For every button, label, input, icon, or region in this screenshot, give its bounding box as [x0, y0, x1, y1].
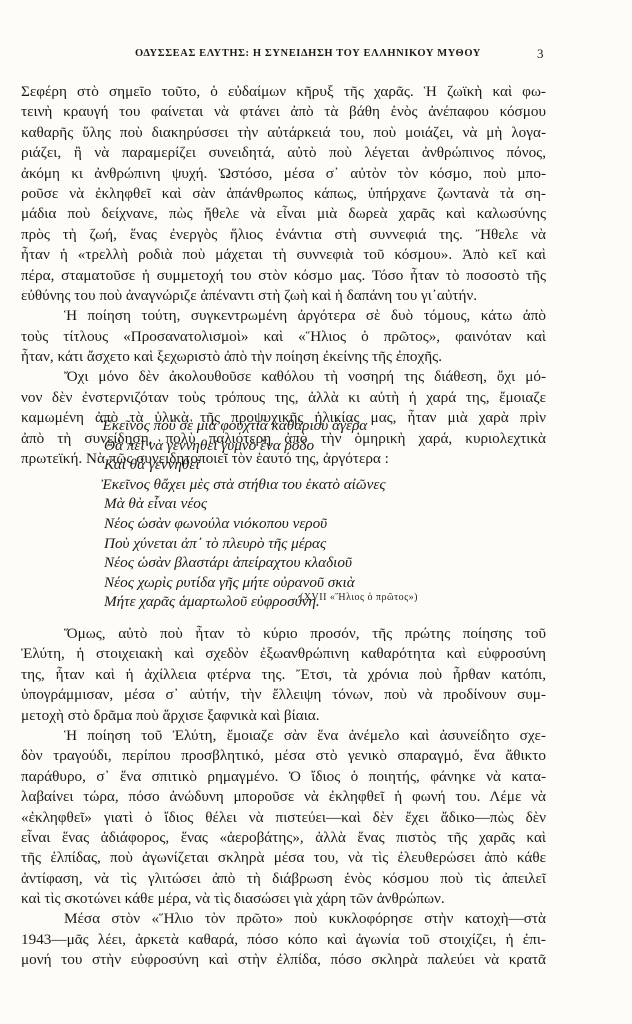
body-text-before-poem: Σεφέρη στὸ σημεῖο τοῦτο, ὁ εὐδαίμων κῆρυ… [21, 82, 546, 469]
poem-line: Ποὺ χύνεται ἀπ᾽ τὸ πλευρὸ τῆς μέρας [104, 534, 386, 554]
text-line: εὐθύνης του ποὺ ἀναγνώριζε ἀπέναντι στὴ … [21, 286, 546, 306]
poem-line: Ἐκεῖνος θἄχει μὲς στὰ στήθια του ἑκατὸ α… [101, 475, 386, 495]
text-line: μετοχὴ στὸ δρᾶμα ποὺ ἄρχισε ξαφνικὰ καὶ … [21, 706, 546, 726]
text-line: παράθυρο, σ᾽ ἕνα σπιτικὸ ρημαγμένο. Ὁ ἴδ… [21, 767, 546, 787]
text-line: τοὺς τίτλους «Προσανατολισμοὶ» καὶ «Ἥλιο… [21, 327, 546, 347]
poem-line: Μὰ θὰ εἶναι νέος [104, 494, 386, 514]
text-line: λαβαίνει τώρα, πόσο ἀνώδυνη μποροῦσε νὰ … [21, 787, 546, 807]
text-line: ἀκόμη κι ἀνθρώπινη ψυχή. Ὡστόσο, μέσα σ᾽… [21, 164, 546, 184]
text-line: καὶ τὶς σκοτώνει κάθε μέρα, νὰ τὶς διασώ… [21, 889, 546, 909]
text-line: Σεφέρη στὸ σημεῖο τοῦτο, ὁ εὐδαίμων κῆρυ… [21, 82, 546, 102]
text-line: μονή του στὴν εὐφροσύνη καὶ στὴν ἐλπίδα,… [21, 950, 546, 970]
text-line: νον δὲν ἐνστερνιζόταν τοὺς τρόπους της, … [21, 388, 546, 408]
book-page: ΟΔΥΣΣΕΑΣ ΕΛΥΤΗΣ: Η ΣΥΝΕΙΔΗΣΗ ΤΟΥ ΕΛΛΗΝΙΚ… [0, 0, 632, 1024]
text-line: Ὄχι μόνο δὲν ἀκολουθοῦσε καθόλου τὴ νοση… [21, 367, 546, 387]
text-line: της, ἦταν καὶ ἡ ἀχίλλεια φτέρνα της. Ἔτσ… [21, 665, 546, 685]
poem-line: Καὶ θὰ γεννηθεῖ [104, 455, 386, 475]
running-head: ΟΔΥΣΣΕΑΣ ΕΛΥΤΗΣ: Η ΣΥΝΕΙΔΗΣΗ ΤΟΥ ΕΛΛΗΝΙΚ… [58, 48, 558, 59]
poem-quotation: Ἐκεῖνος ποὺ σὲ μιὰ φουχτιὰ καθάριου ἀγέρ… [104, 416, 386, 612]
text-line: «ἐκληφθεῖ» γιατὶ ὁ ἴδιος θέλει νὰ πιστεύ… [21, 808, 546, 828]
text-line: 1943—μᾶς λέει, ἀρκετὰ καθαρά, πόσο κόπο … [21, 930, 546, 950]
text-line: Μέσα στὸν «Ἥλιο τὸν πρῶτο» ποὺ κυκλοφόρη… [21, 909, 546, 929]
text-line: Ὅμως, αὐτὸ ποὺ ἦταν τὸ κύριο προσόν, τῆς… [21, 624, 546, 644]
poem-line: Ἐκεῖνος ποὺ σὲ μιὰ φουχτιὰ καθάριου ἀγέρ… [101, 416, 386, 436]
text-line: Ἡ ποίηση τούτη, συγκεντρωμένη ἀργότερα σ… [21, 306, 546, 326]
text-line: ροῦσε νὰ ἐκληφθεῖ καὶ σὰν ἀπάνθρωπος κάπ… [21, 184, 546, 204]
poem-line: Νέος χωρὶς ρυτίδα γῆς μήτε οὐρανοῦ σκιὰ [104, 573, 386, 593]
text-line: εἶναι ἕνας ἀδιάφορος, ἕνας «ἀεροβάτης», … [21, 828, 546, 848]
body-text-after-poem: Ὅμως, αὐτὸ ποὺ ἦταν τὸ κύριο προσόν, τῆς… [21, 624, 546, 971]
text-line: δὸν τραγούδι, περίπου προσβλητικό, μέσα … [21, 746, 546, 766]
text-line: πέρα, σταματοῦσε ἡ συμμετοχή του στὸν κό… [21, 266, 546, 286]
text-line: Ἡ ποίηση τοῦ Ἐλύτη, ἔμοιαζε σὰν ἕνα ἀνέμ… [21, 726, 546, 746]
page-number: 3 [537, 46, 544, 62]
text-line: μάδια ποὺ δείχνανε, πὼς ἤθελε νὰ εἶναι μ… [21, 204, 546, 224]
text-line: ἀντίφαση, νὰ τὶς γλιτώσει ἀπὸ τὴ διάβρωσ… [21, 869, 546, 889]
poem-line: Νέος ὡσὰν βλαστάρι ἀπείραχτου κλαδιοῦ [104, 553, 386, 573]
text-line: τῆς ἐλπίδας, ποὺ ἀγωνίζεται σκληρὰ μέσα … [21, 848, 546, 868]
text-line: ἦταν, κάτι ἄσχετο καὶ ξεχωριστὸ ἀπὸ τὴν … [21, 347, 546, 367]
text-line: ριάζει, ἢ νὰ παραμερίζει συνειδητά, αὐτὸ… [21, 143, 546, 163]
text-line: ὑπογράμμισαν, μέσα σ᾽ αὐτήν, τὴν ἔλλειψη… [21, 685, 546, 705]
text-line: καθαρῆς ὕλης ποὺ διακηρύσσει τὴν αὐτάρκε… [21, 123, 546, 143]
text-line: Ἐλύτη, ἡ στοιχειακὴ καὶ σχεδὸν ἐξωανθρώπ… [21, 644, 546, 664]
text-line: πρὸς τὴ ζωή, ἕνας ἐνεργὸς ἥλιος ἐνάντια … [21, 225, 546, 245]
text-line: ἦταν ἡ «τρελλὴ ροδιὰ ποὺ μάχεται τὴ συνν… [21, 245, 546, 265]
poem-line: Νέος ὡσὰν φωνούλα νιόκοπου νεροῦ [104, 514, 386, 534]
poem-citation: (XVII «Ἥλιος ὁ πρῶτος») [300, 592, 418, 603]
text-line: τεινὴ κραυγή του φαίνεται νὰ φτάνει ἀπὸ … [21, 102, 546, 122]
poem-line: Θὰ πεῖ νὰ γεννηθεῖ γυμνὸ ἕνα ρόδο [104, 436, 386, 456]
